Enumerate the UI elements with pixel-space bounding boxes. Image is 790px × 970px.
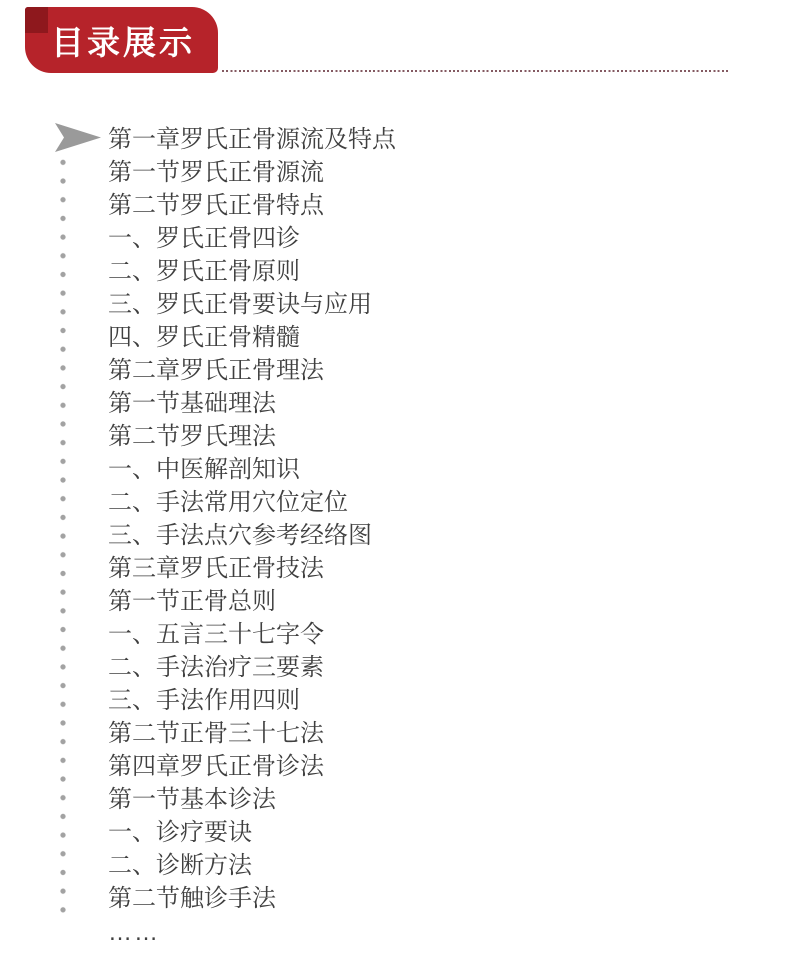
- page-title: 目录展示: [25, 7, 218, 73]
- toc-item: 第二节罗氏理法: [108, 420, 396, 453]
- toc-item: 第一章罗氏正骨源流及特点: [108, 123, 396, 156]
- toc-item: 四、罗氏正骨精髓: [108, 321, 396, 354]
- toc-item: 第一节正骨总则: [108, 585, 396, 618]
- toc-item: 三、罗氏正骨要诀与应用: [108, 288, 396, 321]
- header-dotted-separator: [222, 70, 730, 72]
- toc-item: 二、手法治疗三要素: [108, 651, 396, 684]
- vertical-dotted-line: [60, 153, 66, 921]
- toc-item: 二、手法常用穴位定位: [108, 486, 396, 519]
- toc-item: 三、手法点穴参考经络图: [108, 519, 396, 552]
- toc-item: 一、诊疗要诀: [108, 816, 396, 849]
- toc-header-banner: 目录展示: [25, 7, 218, 73]
- toc-item: 一、罗氏正骨四诊: [108, 222, 396, 255]
- toc-item: 第二节正骨三十七法: [108, 717, 396, 750]
- arrow-right-icon: [55, 122, 101, 153]
- toc-item: 第一节基本诊法: [108, 783, 396, 816]
- toc-item: 第一节罗氏正骨源流: [108, 156, 396, 189]
- toc-item: 第二节罗氏正骨特点: [108, 189, 396, 222]
- toc-item: 二、罗氏正骨原则: [108, 255, 396, 288]
- toc-item: 第一节基础理法: [108, 387, 396, 420]
- toc-item: 第二章罗氏正骨理法: [108, 354, 396, 387]
- toc-item: 第四章罗氏正骨诊法: [108, 750, 396, 783]
- toc-item: 一、五言三十七字令: [108, 618, 396, 651]
- toc-item: 一、中医解剖知识: [108, 453, 396, 486]
- toc-item: 第二节触诊手法: [108, 882, 396, 915]
- toc-list: 第一章罗氏正骨源流及特点第一节罗氏正骨源流第二节罗氏正骨特点一、罗氏正骨四诊二、…: [108, 123, 396, 915]
- toc-item: 二、诊断方法: [108, 849, 396, 882]
- toc-item: 三、手法作用四则: [108, 684, 396, 717]
- toc-ellipsis: ……: [108, 916, 160, 949]
- toc-item: 第三章罗氏正骨技法: [108, 552, 396, 585]
